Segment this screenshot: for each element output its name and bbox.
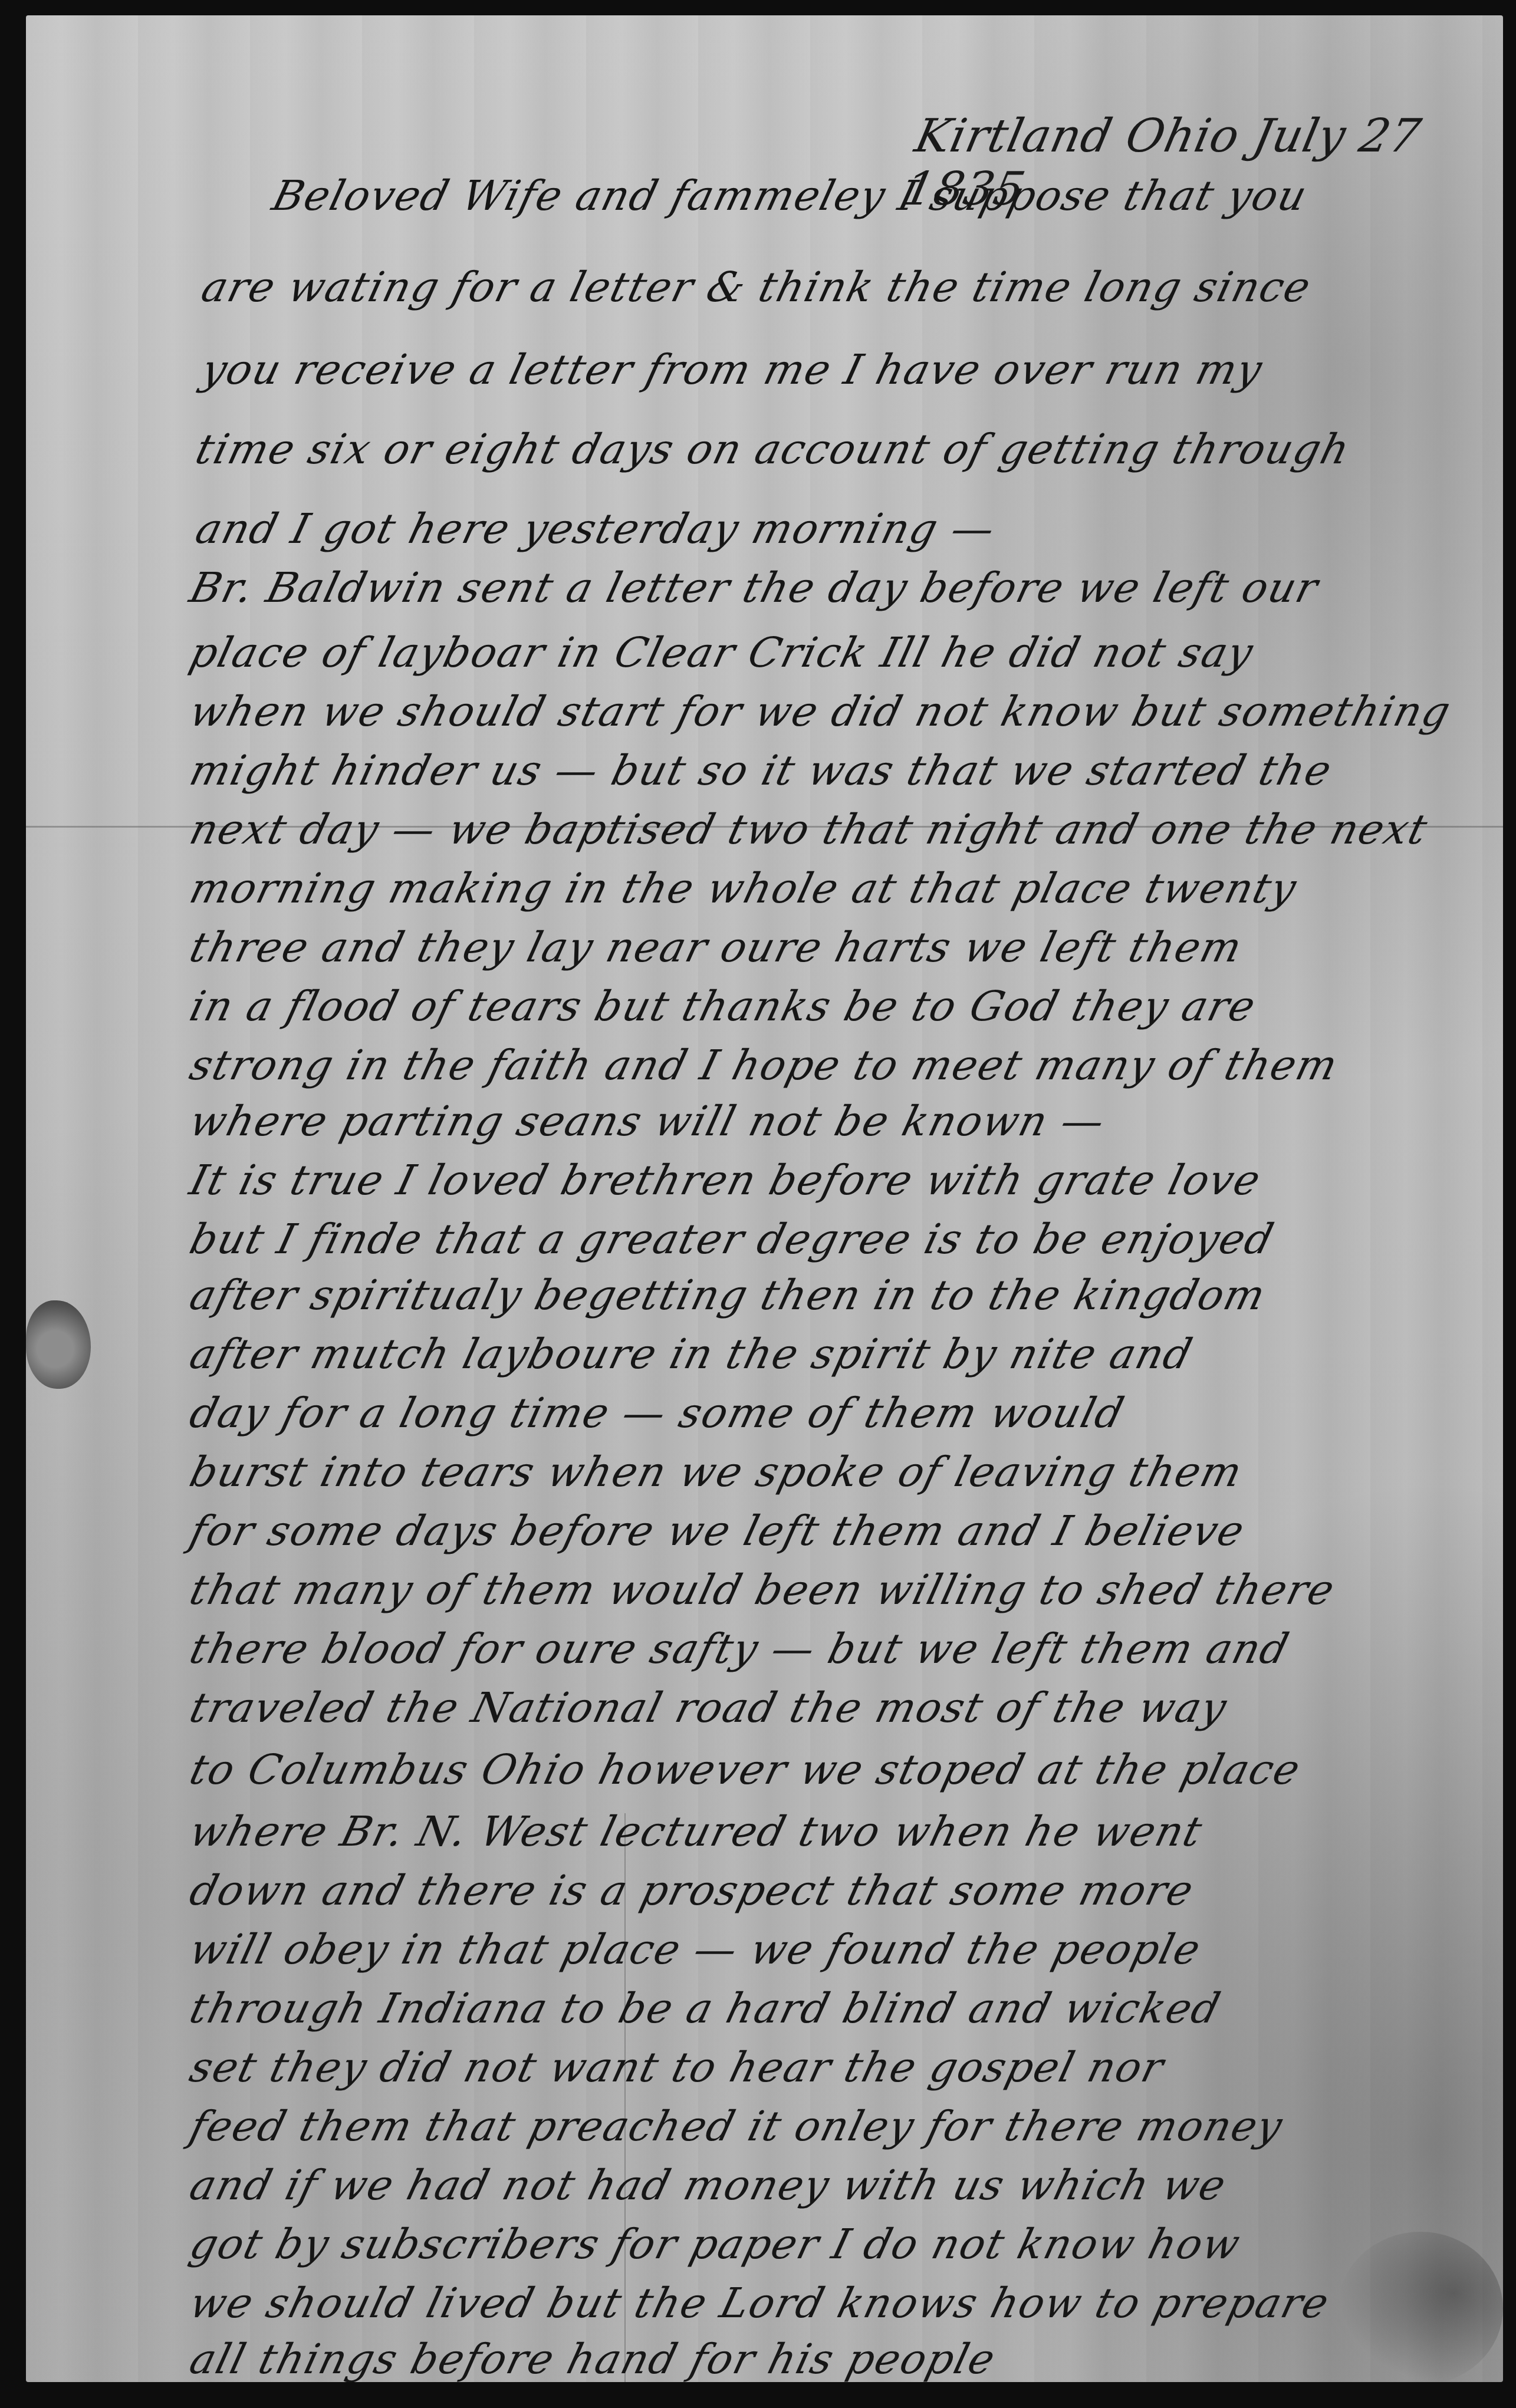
letter-line: after mutch layboure in the spirit by ni…	[185, 1330, 1198, 1378]
letter-line: after spiritualy begetting then in to th…	[185, 1271, 1271, 1319]
letter-line: burst into tears when we spoke of leavin…	[185, 1448, 1248, 1496]
letter-line: might hinder us — but so it was that we …	[185, 746, 1337, 795]
letter-line: traveled the National road the most of t…	[185, 1684, 1232, 1732]
letter-line: place of layboar in Clear Crick Ill he d…	[185, 628, 1259, 677]
letter-line: day for a long time — some of them would	[185, 1389, 1130, 1437]
letter-line: strong in the faith and I hope to meet m…	[185, 1041, 1343, 1089]
letter-line: down and there is a prospect that some m…	[185, 1866, 1199, 1915]
letter-line: through Indiana to be a hard blind and w…	[185, 1984, 1226, 2033]
letter-line: where parting seans will not be known —	[185, 1097, 1110, 1145]
letter-line: we should lived but the Lord knows how t…	[185, 2279, 1335, 2327]
letter-line: you receive a letter from me I have over…	[197, 345, 1268, 394]
letter-line: in a flood of tears but thanks be to God…	[185, 982, 1261, 1030]
letter-line: there blood for oure safty — but we left…	[185, 1625, 1295, 1673]
letter-line: next day — we baptised two that night an…	[185, 805, 1433, 854]
letter-line: for some days before we left them and I …	[185, 1507, 1250, 1555]
letter-line: where Br. N. West lectured two when he w…	[185, 1807, 1208, 1856]
letter-line: three and they lay near oure harts we le…	[185, 923, 1248, 971]
letter-line: got by subscribers for paper I do not kn…	[185, 2220, 1246, 2268]
letter-line: when we should start for we did not know…	[185, 687, 1456, 736]
letter-page: Kirtland Ohio July 27 1835 Beloved Wife …	[26, 15, 1503, 2382]
letter-line: but I finde that a greater degree is to …	[185, 1215, 1280, 1263]
ink-blot	[26, 1300, 91, 1389]
letter-line: and if we had not had money with us whic…	[185, 2161, 1232, 2209]
letter-line: to Columbus Ohio however we stoped at th…	[185, 1745, 1306, 1794]
letter-line: will obey in that place — we found the p…	[185, 1925, 1206, 1974]
letter-line: set they did not want to hear the gospel…	[185, 2043, 1169, 2091]
water-stain	[1338, 2232, 1503, 2385]
letter-line: all things before hand for his people	[185, 2335, 1001, 2383]
letter-line: It is true I loved brethren before with …	[185, 1156, 1267, 1204]
letter-line: feed them that preached it onley for the…	[185, 2102, 1288, 2150]
letter-line: Beloved Wife and fammeley I suppose that…	[268, 172, 1313, 220]
letter-line: Br. Baldwin sent a letter the day before…	[185, 564, 1324, 612]
letter-line: that many of them would been willing to …	[185, 1566, 1340, 1614]
letter-line: are wating for a letter & think the time…	[197, 263, 1317, 311]
letter-line: and I got here yesterday morning —	[191, 505, 1001, 553]
letter-line: morning making in the whole at that plac…	[185, 864, 1302, 913]
letter-line: time six or eight days on account of get…	[191, 425, 1356, 473]
